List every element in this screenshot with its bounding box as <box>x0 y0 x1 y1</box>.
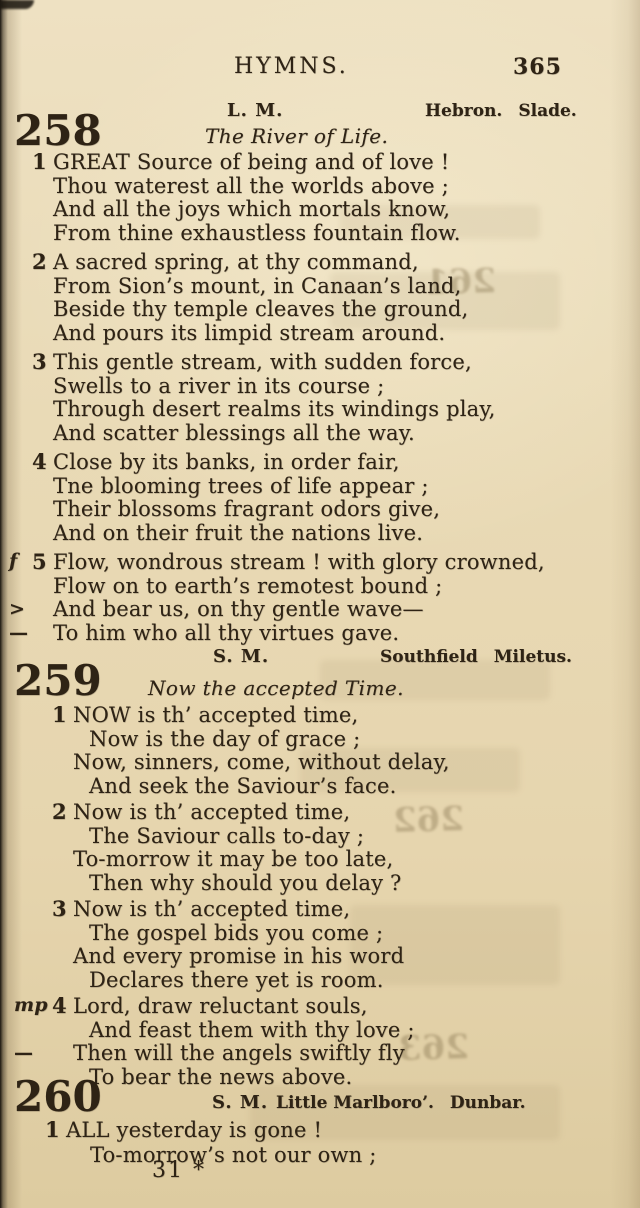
verse-line-text: And on their fruit the nations live. <box>53 521 423 545</box>
dynamic-mark: f <box>9 550 17 574</box>
hymn-meter: S. M. <box>212 1092 268 1113</box>
verse-line: mp4Lord, draw reluctant souls, <box>73 994 640 1019</box>
verse-line: To-morrow it may be too late, <box>73 848 640 872</box>
tune-name-primary: Hebron. <box>425 101 502 121</box>
verse-line-text: Tne blooming trees of life appear ; <box>53 474 429 498</box>
verse-line-text: Through desert realms its windings play, <box>53 397 496 421</box>
verse-line: And every promise in his word <box>73 945 640 969</box>
verse-number: 4 <box>32 450 53 474</box>
verse-line: >And bear us, on thy gentle wave— <box>53 598 640 622</box>
verse-line: Tne blooming trees of life appear ; <box>53 475 640 499</box>
hymn-title: The River of Life. <box>205 124 388 148</box>
verse-line-text: And scatter blessings all the way. <box>53 421 415 445</box>
tune-name-secondary: Slade. <box>518 101 576 121</box>
hymn-258-verses: 1GREAT Source of being and of love !Thou… <box>53 150 640 650</box>
verse-number: 1 <box>45 1118 66 1143</box>
verse-line: And scatter blessings all the way. <box>53 422 640 446</box>
verse-line: And seek the Saviour’s face. <box>89 775 640 799</box>
hymn-number: 259 <box>14 660 102 702</box>
verse-line-text: Close by its banks, in order fair, <box>53 450 400 474</box>
verse-line-text: To-morrow’s not our own ; <box>90 1143 377 1167</box>
verse-line-text: And all the joys which mortals know, <box>53 197 450 221</box>
verse-line-text: Then why should you delay ? <box>89 871 402 895</box>
verse: 1NOW is th’ accepted time,Now is the day… <box>73 703 640 798</box>
verse-line: Thou waterest all the worlds above ; <box>53 175 640 199</box>
verse: 4Close by its banks, in order fair,Tne b… <box>53 450 640 545</box>
verse-line: Flow on to earth’s remotest bound ; <box>53 575 640 599</box>
verse-line: 3Now is th’ accepted time, <box>73 897 640 922</box>
verse-number: 1 <box>32 150 53 174</box>
verse-line-text: Now is the day of grace ; <box>89 727 360 751</box>
verse-line-text: GREAT Source of being and of love ! <box>53 150 449 174</box>
verse-line: 1NOW is th’ accepted time, <box>73 703 640 728</box>
verse-line-text: Then will the angels swiftly fly <box>73 1041 405 1065</box>
verse-line-text: Beside thy temple cleaves the ground, <box>53 297 468 321</box>
verse-line-text: The gospel bids you come ; <box>89 921 383 945</box>
dynamic-mark: — <box>14 1042 33 1066</box>
verse-line: 1GREAT Source of being and of love ! <box>53 150 640 175</box>
verse-line: And pours its limpid stream around. <box>53 322 640 346</box>
page-number: 365 <box>513 54 562 80</box>
verse-number: 2 <box>32 250 53 274</box>
tune-name-primary: Southfield <box>380 647 478 667</box>
verse-line: The gospel bids you come ; <box>89 922 640 946</box>
verse-line: —Then will the angels swiftly fly <box>73 1042 640 1066</box>
verse-line-text: The Saviour calls to-day ; <box>89 824 364 848</box>
verse-line-text: To him who all thy virtues gave. <box>53 621 399 645</box>
dynamic-mark: mp <box>14 994 48 1018</box>
verse-line: 2Now is th’ accepted time, <box>73 800 640 825</box>
verse-line-text: From Sion’s mount, in Canaan’s land, <box>53 274 461 298</box>
hymn-meter: S. M. <box>213 646 269 667</box>
verse-line-text: Their blossoms fragrant odors give, <box>53 497 440 521</box>
verse: 2Now is th’ accepted time,The Saviour ca… <box>73 800 640 895</box>
verse-line-text: Flow, wondrous stream ! with glory crown… <box>53 550 545 574</box>
verse-line: 4Close by its banks, in order fair, <box>53 450 640 475</box>
verse-line: And all the joys which mortals know, <box>53 198 640 222</box>
verse-line: Their blossoms fragrant odors give, <box>53 498 640 522</box>
hymn-259-verses: 1NOW is th’ accepted time,Now is the day… <box>73 703 640 1091</box>
scan-corner-mark <box>0 0 34 9</box>
verse-number: 2 <box>52 800 73 824</box>
verse-line: f5Flow, wondrous stream ! with glory cro… <box>53 550 640 575</box>
verse-line-text: And bear us, on thy gentle wave— <box>53 597 424 621</box>
dynamic-mark: — <box>9 622 28 646</box>
verse-line-text: And seek the Saviour’s face. <box>89 774 397 798</box>
tune-name-primary: Little Marlboro’. <box>276 1093 434 1113</box>
verse-number: 4 <box>52 994 73 1018</box>
verse-line-text: And feast them with thy love ; <box>89 1018 415 1042</box>
hymn-260-head: 260 S. M. Little Marlboro’.Dunbar. <box>0 1076 640 1118</box>
tune-name-secondary: Dunbar. <box>450 1093 526 1113</box>
verse-line-text: Declares there yet is room. <box>89 968 384 992</box>
verse-line: Then why should you delay ? <box>89 872 640 896</box>
verse-line: 1ALL yesterday is gone ! <box>66 1118 640 1143</box>
verse-line-text: And pours its limpid stream around. <box>53 321 445 345</box>
verse-line-text: Lord, draw reluctant souls, <box>73 994 368 1018</box>
verse-line: Now is the day of grace ; <box>89 728 640 752</box>
tune-names: Hebron.Slade. <box>425 101 577 121</box>
verse-line-text: From thine exhaustless fountain flow. <box>53 221 461 245</box>
verse: f5Flow, wondrous stream ! with glory cro… <box>53 550 640 645</box>
verse-line-text: This gentle stream, with sudden force, <box>53 350 472 374</box>
hymn-title: Now the accepted Time. <box>148 676 404 700</box>
hymn-number: 260 <box>14 1076 102 1118</box>
verse: 2A sacred spring, at thy command,From Si… <box>53 250 640 345</box>
verse-number: 3 <box>52 897 73 921</box>
verse-line-text: NOW is th’ accepted time, <box>73 703 358 727</box>
verse-line-text: And every promise in his word <box>73 944 404 968</box>
verse-line: And feast them with thy love ; <box>89 1019 640 1043</box>
verse: 3Now is th’ accepted time,The gospel bid… <box>73 897 640 992</box>
verse-number: 3 <box>32 350 53 374</box>
hymn-number: 258 <box>14 110 102 152</box>
hymn-meter: L. M. <box>227 100 283 121</box>
verse-number: 1 <box>52 703 73 727</box>
verse-line: 2A sacred spring, at thy command, <box>53 250 640 275</box>
verse-line-text: Flow on to earth’s remotest bound ; <box>53 574 442 598</box>
tune-names: SouthfieldMiletus. <box>380 647 572 667</box>
verse-line-text: Thou waterest all the worlds above ; <box>53 174 449 198</box>
verse-line-text: Now is th’ accepted time, <box>73 897 350 921</box>
verse-line: Swells to a river in its course ; <box>53 375 640 399</box>
verse-line-text: A sacred spring, at thy command, <box>53 250 419 274</box>
dynamic-mark: > <box>9 598 25 622</box>
verse-line-text: ALL yesterday is gone ! <box>66 1118 322 1142</box>
verse-line: From Sion’s mount, in Canaan’s land, <box>53 275 640 299</box>
running-title: HYMNS. <box>234 54 349 79</box>
verse-line: And on their fruit the nations live. <box>53 522 640 546</box>
verse: 3This gentle stream, with sudden force,S… <box>53 350 640 445</box>
verse-line: Declares there yet is room. <box>89 969 640 993</box>
verse-number: 5 <box>32 550 53 574</box>
verse-line: Now, sinners, come, without delay, <box>73 751 640 775</box>
tune-names: Little Marlboro’.Dunbar. <box>276 1093 526 1113</box>
verse: 1GREAT Source of being and of love !Thou… <box>53 150 640 245</box>
hymn-258-head: 258 L. M. Hebron.Slade. The River of Lif… <box>0 98 640 150</box>
verse: mp4Lord, draw reluctant souls,And feast … <box>73 994 640 1089</box>
verse-line-text: Now, sinners, come, without delay, <box>73 750 450 774</box>
verse-line-text: Now is th’ accepted time, <box>73 800 350 824</box>
tune-name-secondary: Miletus. <box>494 647 572 667</box>
verse-line-text: To-morrow it may be too late, <box>73 847 393 871</box>
hymnal-page: 261 262 263 HYMNS. 365 258 L. M. Hebron.… <box>0 0 640 1208</box>
hymn-259-head: 259 S. M. SouthfieldMiletus. Now the acc… <box>0 644 640 703</box>
verse-line: Beside thy temple cleaves the ground, <box>53 298 640 322</box>
running-head: HYMNS. 365 <box>0 54 575 84</box>
verse-line: 3This gentle stream, with sudden force, <box>53 350 640 375</box>
signature-mark: 31 * <box>152 1158 206 1183</box>
verse-line: Through desert realms its windings play, <box>53 398 640 422</box>
verse-line: —To him who all thy virtues gave. <box>53 622 640 646</box>
verse-line-text: Swells to a river in its course ; <box>53 374 384 398</box>
verse-line: The Saviour calls to-day ; <box>89 825 640 849</box>
verse-line: From thine exhaustless fountain flow. <box>53 222 640 246</box>
